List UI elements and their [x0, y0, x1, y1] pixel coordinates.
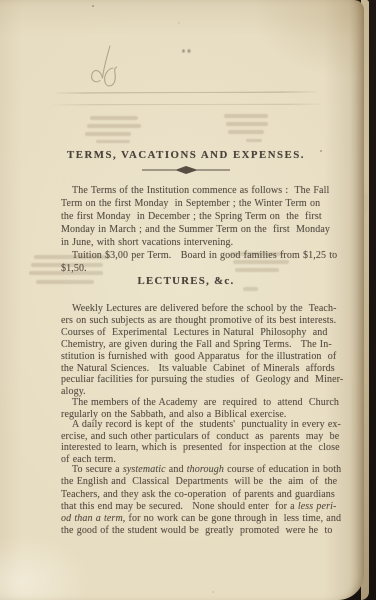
printed-text-block: TERMS, VACATIONS AND EXPENSES. The Terms… — [0, 0, 364, 600]
text-segment-italic: od than a term, — [61, 513, 125, 524]
paragraph-church: The members of the Academy are required … — [61, 397, 339, 421]
divider-ornament-icon — [140, 165, 232, 175]
text-line: The members of the Academy are required … — [61, 397, 339, 409]
text-line: interested to learn, which is presented … — [61, 442, 339, 454]
text-line: the English and Classical Departments wi… — [61, 476, 339, 488]
text-segment-italic: thorough — [187, 464, 224, 475]
text-segment: and — [166, 464, 187, 475]
text-segment-italic: systematic — [123, 464, 166, 475]
text-segment: To secure a — [72, 464, 123, 475]
text-line: Weekly Lectures are delivered before the… — [61, 303, 339, 315]
text-line: The Terms of the Institution commence as… — [61, 184, 339, 197]
text-line: od than a term, for no work can be gone … — [61, 513, 339, 525]
paragraph-course-aim: To secure a systematic and thorough cour… — [61, 464, 339, 538]
text-line: the first Monday in December ; the Sprin… — [61, 210, 339, 223]
text-line: $1,50. — [61, 262, 339, 275]
text-line: ercise, and such other particulars of co… — [61, 431, 339, 443]
text-line: Monday in March ; and the Summer Term on… — [61, 223, 339, 236]
text-line: the Natural Sciences. Its valuable Cabin… — [61, 363, 339, 375]
text-line: Term on the first Monday in September ; … — [61, 197, 339, 210]
text-line: Chemistry, are given during the Fall and… — [61, 339, 339, 351]
paragraph-daily-record: A daily record is kept of the students' … — [61, 419, 339, 465]
text-line: ers on such subjects as are thought prom… — [61, 315, 339, 327]
text-line: the good of the student would be greatly… — [61, 525, 339, 537]
section-subheading: LECTURES, &c. — [45, 275, 327, 287]
text-line: Teachers, and they ask the co-operation … — [61, 489, 339, 501]
scanned-book-page: { "colors": { "paper": "#e9e0c7", "ink":… — [0, 0, 376, 600]
page: TERMS, VACATIONS AND EXPENSES. The Terms… — [0, 0, 364, 600]
paragraph-tuition: Tuition $3,00 per Term. Board in good fa… — [61, 249, 339, 275]
text-line: A daily record is kept of the students' … — [61, 419, 339, 431]
text-line: that this end may be secured. None shoul… — [61, 501, 339, 513]
paragraph-lectures: Weekly Lectures are delivered before the… — [61, 303, 339, 398]
paragraph-terms: The Terms of the Institution commence as… — [61, 184, 339, 249]
text-line: To secure a systematic and thorough cour… — [61, 464, 339, 476]
text-line: Courses of Experimental Lectures in Natu… — [61, 327, 339, 339]
text-segment-italic: less peri- — [298, 501, 337, 512]
text-segment: that this end may be secured. None shoul… — [61, 501, 298, 512]
text-line: Tuition $3,00 per Term. Board in good fa… — [61, 249, 339, 262]
text-line: in June, with short vacations intervenin… — [61, 236, 339, 249]
text-segment: course of education in both — [224, 464, 341, 475]
text-line: stitution is furnished with good Apparat… — [61, 351, 339, 363]
text-segment: for no work can be gone through in less … — [125, 513, 341, 524]
text-line: peculiar facilities for pursuing the stu… — [61, 374, 339, 386]
section-title: TERMS, VACATIONS AND EXPENSES. — [45, 149, 327, 161]
